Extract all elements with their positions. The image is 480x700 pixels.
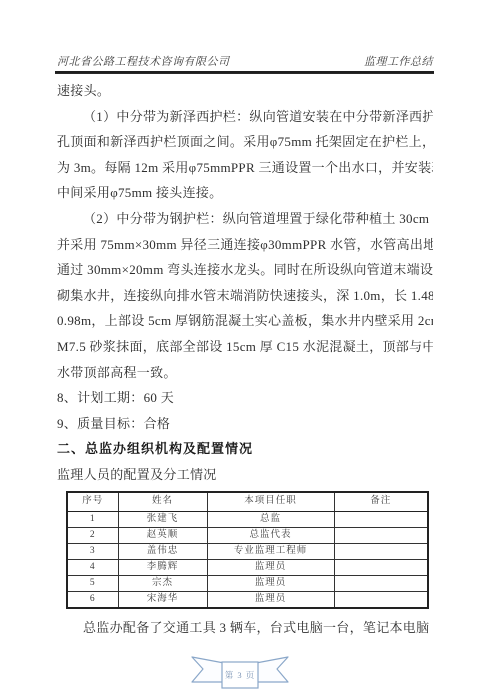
table-row: 5宗杰监理员 [67,576,428,592]
header-company-name: 河北省公路工程技术咨询有限公司 [57,53,230,69]
table-cell: 赵英顺 [118,528,207,544]
table-cell: 盖伟忠 [118,544,207,560]
text-line: 孔顶面和新泽西护栏顶面之间。采用φ75mm 托架固定在护栏上，托架间距 [57,129,433,155]
text-line: 中间采用φ75mm 接头连接。 [57,180,433,206]
table-row: 1张建飞总监 [67,512,428,528]
text-line: 0.98m，上部设 5cm 厚钢筋混凝土实心盖板，集水井内壁采用 2cm 厚 [57,308,433,334]
table-cell [334,512,428,528]
table-cell: 6 [67,592,118,608]
closing-line: 总监办配备了交通工具 3 辆车，台式电脑一台，笔记本电脑 3 台， [57,615,433,641]
table-cell: 4 [67,560,118,576]
table-cell: 3 [67,544,118,560]
table-cell [334,576,428,592]
text-line: 并采用 75mm×30mm 异径三通连接φ30mmPPR 水管，水管高出地面 3… [57,232,433,258]
text-line: 水带顶部高程一致。 [57,360,433,386]
section-heading: 二、总监办组织机构及配置情况 [57,436,433,462]
table-cell: 监理员 [207,592,334,608]
table-cell: 宋海华 [118,592,207,608]
document-page: 河北省公路工程技术咨询有限公司 监理工作总结 速接头。 （1）中分带为新泽西护栏… [0,0,480,700]
table-cell: 2 [67,528,118,544]
table-cell: 1 [67,512,118,528]
page-number-ribbon: 第 3 页 [188,649,292,693]
text-line: M7.5 砂浆抹面，底部全部设 15cm 厚 C15 水泥混凝土，顶部与中分带拦 [57,334,433,360]
table-cell: 张建飞 [118,512,207,528]
text-line: （2）中分带为钢护栏：纵向管道埋置于绿化带种植土 30cm 以下， [57,206,433,232]
table-header-row: 序号姓名本项目任职备注 [67,492,428,512]
table-cell: 5 [67,576,118,592]
table-row: 4李腾辉监理员 [67,560,428,576]
document-body: 速接头。 （1）中分带为新泽西护栏：纵向管道安装在中分带新泽西护栏景观孔顶面和新… [57,78,433,640]
table-cell: 监理员 [207,576,334,592]
table-caption: 监理人员的配置及分工情况 [57,462,433,488]
table-header-cell: 姓名 [118,492,207,512]
ribbon-right-wing [256,657,288,682]
table-cell [334,528,428,544]
table-cell: 总监代表 [207,528,334,544]
continuation-line: 速接头。 [57,78,433,104]
page-footer: 第 3 页 [0,649,480,693]
table-cell: 李腾辉 [118,560,207,576]
page-header: 河北省公路工程技术咨询有限公司 监理工作总结 [57,53,433,69]
table-cell [334,544,428,560]
list-item-9: 9、质量目标：合格 [57,411,433,437]
ribbon-left-wing [192,657,224,682]
table-cell: 宗杰 [118,576,207,592]
list-item-8: 8、计划工期：60 天 [57,385,433,411]
table-row: 6宋海华监理员 [67,592,428,608]
table-header-cell: 本项目任职 [207,492,334,512]
table-header-cell: 备注 [334,492,428,512]
table-cell [334,560,428,576]
table-cell [334,592,428,608]
text-line: 砌集水井，连接纵向排水管末端消防快速接头，深 1.0m，长 1.48m，宽 [57,283,433,309]
text-line: （1）中分带为新泽西护栏：纵向管道安装在中分带新泽西护栏景观 [57,104,433,130]
text-line: 通过 30mm×20mm 弯头连接水龙头。同时在所设纵向管道末端设置一处砖 [57,257,433,283]
paragraph-1: （1）中分带为新泽西护栏：纵向管道安装在中分带新泽西护栏景观孔顶面和新泽西护栏顶… [57,104,433,206]
header-doc-title: 监理工作总结 [364,53,433,69]
table-row: 3盖伟忠专业监理工程师 [67,544,428,560]
header-double-rule [55,71,434,74]
page-number-label: 第 3 页 [225,670,256,680]
staff-table: 序号姓名本项目任职备注1张建飞总监2赵英顺总监代表3盖伟忠专业监理工程师4李腾辉… [66,491,429,609]
table-header-cell: 序号 [67,492,118,512]
table-row: 2赵英顺总监代表 [67,528,428,544]
table-cell: 总监 [207,512,334,528]
paragraph-2: （2）中分带为钢护栏：纵向管道埋置于绿化带种植土 30cm 以下，并采用 75m… [57,206,433,385]
text-line: 为 3m。每隔 12m 采用φ75mmPPR 三通设置一个出水口，并安装球阀，管… [57,155,433,181]
table-cell: 专业监理工程师 [207,544,334,560]
table-cell: 监理员 [207,560,334,576]
